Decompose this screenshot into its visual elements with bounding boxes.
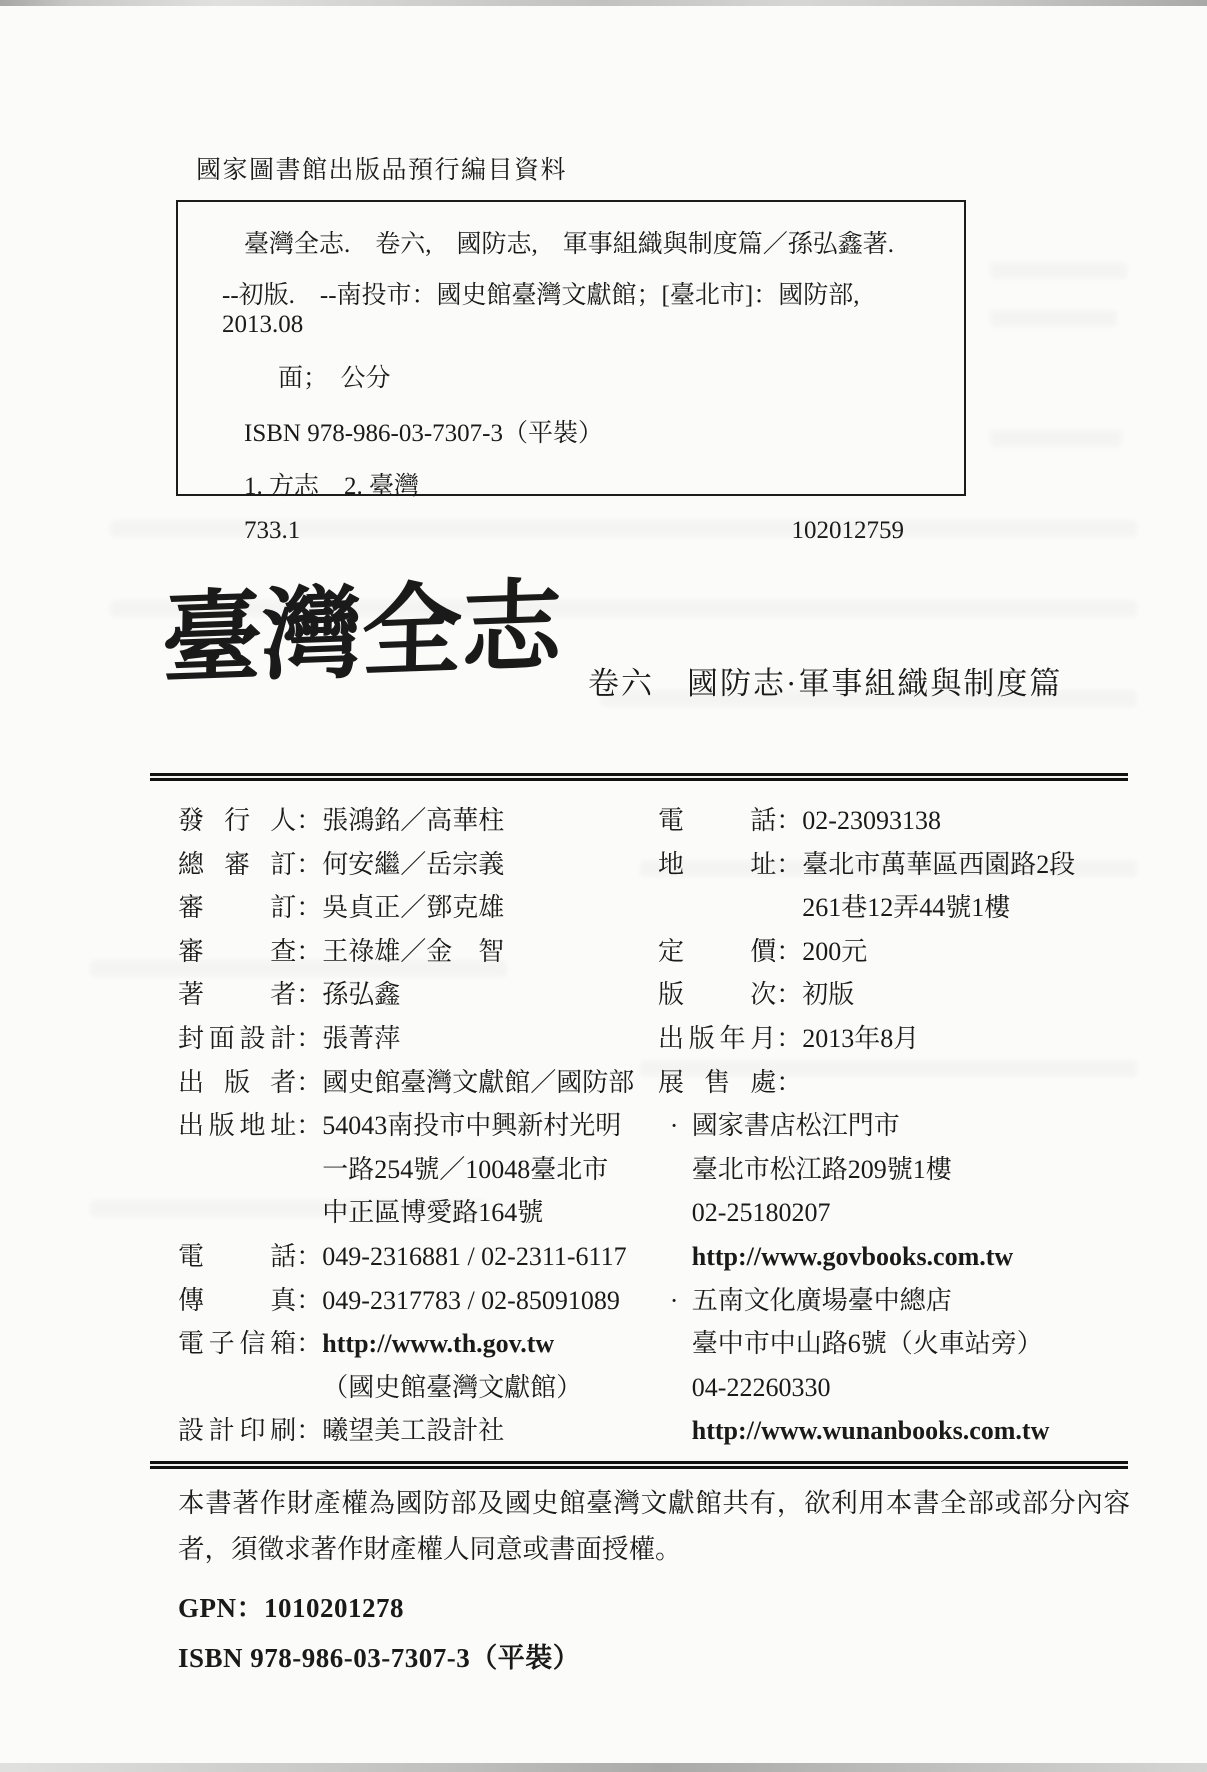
colophon-row: 版 次：初版 bbox=[658, 973, 1130, 1017]
field-label: 出版年月 bbox=[658, 1017, 776, 1061]
field-label: 出版地址 bbox=[178, 1104, 296, 1148]
field-colon: ： bbox=[296, 1104, 322, 1148]
field-label: 電 話 bbox=[658, 799, 776, 843]
colophon-row: 261巷12弄44號1樓 bbox=[658, 886, 1130, 930]
field-label: 設計印刷 bbox=[178, 1409, 296, 1453]
field-label: 地 址 bbox=[658, 843, 776, 887]
cip-isbn-line: ISBN 978-986-03-7307-3（平裝） bbox=[244, 413, 944, 449]
field-value: 初版 bbox=[802, 980, 854, 1009]
field-value: 孫弘鑫 bbox=[322, 980, 400, 1009]
cip-class-number: 733.1 bbox=[244, 517, 300, 545]
field-value: 2013年8月 bbox=[802, 1024, 919, 1053]
volume-subtitle: 卷六 國防志·軍事組織與制度篇 bbox=[588, 658, 1062, 703]
retail-outlet-row: http://www.wunanbooks.com.tw bbox=[658, 1409, 1130, 1453]
colophon-row: 一路254號／10048臺北市 bbox=[178, 1148, 658, 1192]
colophon-row: 電 話：049-2316881 / 02-2311-6117 bbox=[178, 1235, 658, 1279]
field-colon: ： bbox=[296, 930, 322, 974]
field-label: 傳 真 bbox=[178, 1279, 296, 1323]
colophon-row: 著 者：孫弘鑫 bbox=[178, 973, 658, 1017]
bullet-marker: · bbox=[670, 1279, 692, 1323]
field-label: 出 版 者 bbox=[178, 1061, 296, 1105]
retail-outlet-row: 02-25180207 bbox=[658, 1191, 1130, 1235]
cip-record-number: 102012759 bbox=[792, 517, 905, 545]
bleed-through-artifact bbox=[990, 310, 1117, 327]
retail-outlet-row: 臺中市中山路6號（火車站旁） bbox=[658, 1322, 1130, 1366]
field-value: 何安繼／岳宗義 bbox=[322, 850, 504, 879]
cip-edition-line: --初版. --南投市：國史館臺灣文獻館；[臺北市]：國防部, 2013.08 bbox=[222, 275, 954, 339]
field-colon: ： bbox=[296, 799, 322, 843]
field-value: http://www.th.gov.tw bbox=[322, 1329, 554, 1358]
colophon-row: 審 查：王祿雄／金 智 bbox=[178, 930, 658, 974]
colophon-row: （國史館臺灣文獻館） bbox=[178, 1366, 658, 1410]
colophon-section: 發 行 人：張鴻銘／高華柱 總 審 訂：何安繼／岳宗義 審 訂：吳貞正／鄧克雄 … bbox=[178, 799, 1130, 1453]
colophon-row: 中正區博愛路164號 bbox=[178, 1191, 658, 1235]
field-colon: ： bbox=[776, 799, 802, 843]
field-label: 著 者 bbox=[178, 973, 296, 1017]
colophon-row: 出 版 者：國史館臺灣文獻館／國防部 bbox=[178, 1061, 658, 1105]
field-label: 版 次 bbox=[658, 973, 776, 1017]
field-value: 02-23093138 bbox=[802, 806, 941, 835]
field-label: 電 話 bbox=[178, 1235, 296, 1279]
field-value: 臺中市中山路6號（火車站旁） bbox=[692, 1329, 1043, 1358]
field-value: http://www.wunanbooks.com.tw bbox=[692, 1416, 1050, 1445]
retail-outlet-row: 04-22260330 bbox=[658, 1366, 1130, 1410]
scan-artifact-top-edge bbox=[0, 0, 1207, 6]
field-value: 王祿雄／金 智 bbox=[322, 937, 504, 966]
field-value: 200元 bbox=[802, 937, 867, 966]
field-label: 封面設計 bbox=[178, 1017, 296, 1061]
field-value: 04-22260330 bbox=[692, 1373, 831, 1402]
field-value: 049-2316881 / 02-2311-6117 bbox=[322, 1242, 626, 1271]
field-colon: ： bbox=[296, 1235, 322, 1279]
field-label: 總 審 訂 bbox=[178, 843, 296, 887]
field-colon: ： bbox=[296, 1279, 322, 1323]
field-value: 54043南投市中興新村光明 bbox=[322, 1111, 621, 1140]
copyright-notice: 本書著作財產權為國防部及國史館臺灣文獻館共有，欲利用本書全部或部分內容者，須徵求… bbox=[178, 1480, 1130, 1572]
field-value: 臺北市松江路209號1樓 bbox=[692, 1155, 952, 1184]
field-value: 049-2317783 / 02-85091089 bbox=[322, 1286, 620, 1315]
field-value: 中正區博愛路164號 bbox=[322, 1198, 543, 1227]
colophon-row: 地 址：臺北市萬華區西園路2段 bbox=[658, 843, 1130, 887]
cip-heading: 國家圖書館出版品預行編目資料 bbox=[196, 150, 567, 186]
bleed-through-artifact bbox=[990, 262, 1127, 279]
colophon-row: 審 訂：吳貞正／鄧克雄 bbox=[178, 886, 658, 930]
field-value: http://www.govbooks.com.tw bbox=[692, 1242, 1013, 1271]
retail-outlet-row: http://www.govbooks.com.tw bbox=[658, 1235, 1130, 1279]
field-colon: ： bbox=[296, 1409, 322, 1453]
field-label: 定 價 bbox=[658, 930, 776, 974]
field-colon: ： bbox=[296, 886, 322, 930]
colophon-row: 總 審 訂：何安繼／岳宗義 bbox=[178, 843, 658, 887]
field-label: 審 訂 bbox=[178, 886, 296, 930]
bullet-marker: · bbox=[670, 1104, 692, 1148]
field-value: 張菁萍 bbox=[322, 1024, 400, 1053]
field-colon: ： bbox=[296, 1017, 322, 1061]
colophon-row: 出版地址：54043南投市中興新村光明 bbox=[178, 1104, 658, 1148]
divider-rule-bottom bbox=[150, 1461, 1128, 1469]
field-colon: ： bbox=[776, 1017, 802, 1061]
field-value: 261巷12弄44號1樓 bbox=[802, 893, 1010, 922]
cip-classification-line: 733.1 102012759 bbox=[244, 517, 904, 545]
cip-physical-line: 面； 公分 bbox=[278, 358, 944, 394]
colophon-row: 封面設計：張菁萍 bbox=[178, 1017, 658, 1061]
field-colon: ： bbox=[296, 973, 322, 1017]
colophon-row: 發 行 人：張鴻銘／高華柱 bbox=[178, 799, 658, 843]
colophon-row: 出版年月：2013年8月 bbox=[658, 1017, 1130, 1061]
field-value: 五南文化廣場臺中總店 bbox=[692, 1286, 952, 1315]
field-value: 一路254號／10048臺北市 bbox=[322, 1155, 608, 1184]
cip-box: 臺灣全志. 卷六, 國防志, 軍事組織與制度篇／孫弘鑫著. --初版. --南投… bbox=[176, 200, 966, 496]
bleed-through-artifact bbox=[990, 430, 1122, 447]
retail-outlet-row: 臺北市松江路209號1樓 bbox=[658, 1148, 1130, 1192]
divider-rule-top bbox=[150, 773, 1128, 781]
field-value: 02-25180207 bbox=[692, 1198, 831, 1227]
field-colon: ： bbox=[776, 1061, 802, 1105]
colophon-right-column: 電 話：02-23093138 地 址：臺北市萬華區西園路2段 261巷12弄4… bbox=[658, 799, 1130, 1453]
field-colon: ： bbox=[776, 973, 802, 1017]
colophon-row: 設計印刷：曦望美工設計社 bbox=[178, 1409, 658, 1453]
retail-outlet-row: ·國家書店松江門市 bbox=[658, 1104, 1130, 1148]
field-value: 臺北市萬華區西園路2段 bbox=[802, 850, 1075, 879]
colophon-row: 電 話：02-23093138 bbox=[658, 799, 1130, 843]
colophon-left-column: 發 行 人：張鴻銘／高華柱 總 審 訂：何安繼／岳宗義 審 訂：吳貞正／鄧克雄 … bbox=[178, 799, 658, 1453]
isbn-number: ISBN 978-986-03-7307-3（平裝） bbox=[178, 1636, 580, 1675]
cip-subjects-line: 1. 方志 2. 臺灣 bbox=[244, 466, 944, 502]
field-value: 國史館臺灣文獻館／國防部 bbox=[322, 1068, 634, 1097]
field-value: 張鴻銘／高華柱 bbox=[322, 806, 504, 835]
book-title-calligraphy: 臺灣全志 bbox=[161, 545, 583, 704]
field-colon: ： bbox=[296, 1061, 322, 1105]
retail-outlet-row: ·五南文化廣場臺中總店 bbox=[658, 1279, 1130, 1323]
field-label: 電子信箱 bbox=[178, 1322, 296, 1366]
gpn-number: GPN：1010201278 bbox=[178, 1586, 404, 1625]
field-colon: ： bbox=[776, 930, 802, 974]
scan-artifact-bottom-edge bbox=[0, 1763, 1207, 1772]
cip-title-line: 臺灣全志. 卷六, 國防志, 軍事組織與制度篇／孫弘鑫著. bbox=[244, 224, 944, 260]
field-value: 國家書店松江門市 bbox=[692, 1111, 900, 1140]
field-colon: ： bbox=[776, 843, 802, 887]
colophon-row: 定 價：200元 bbox=[658, 930, 1130, 974]
field-value: 曦望美工設計社 bbox=[322, 1416, 504, 1445]
field-label: 發 行 人 bbox=[178, 799, 296, 843]
field-colon: ： bbox=[296, 843, 322, 887]
field-label: 展 售 處 bbox=[658, 1061, 776, 1105]
field-value: 吳貞正／鄧克雄 bbox=[322, 893, 504, 922]
field-colon: ： bbox=[296, 1322, 322, 1366]
colophon-row: 傳 真：049-2317783 / 02-85091089 bbox=[178, 1279, 658, 1323]
colophon-row: 展 售 處： bbox=[658, 1061, 1130, 1105]
field-value: （國史館臺灣文獻館） bbox=[322, 1373, 582, 1402]
colophon-row: 電子信箱：http://www.th.gov.tw bbox=[178, 1322, 658, 1366]
field-label: 審 查 bbox=[178, 930, 296, 974]
